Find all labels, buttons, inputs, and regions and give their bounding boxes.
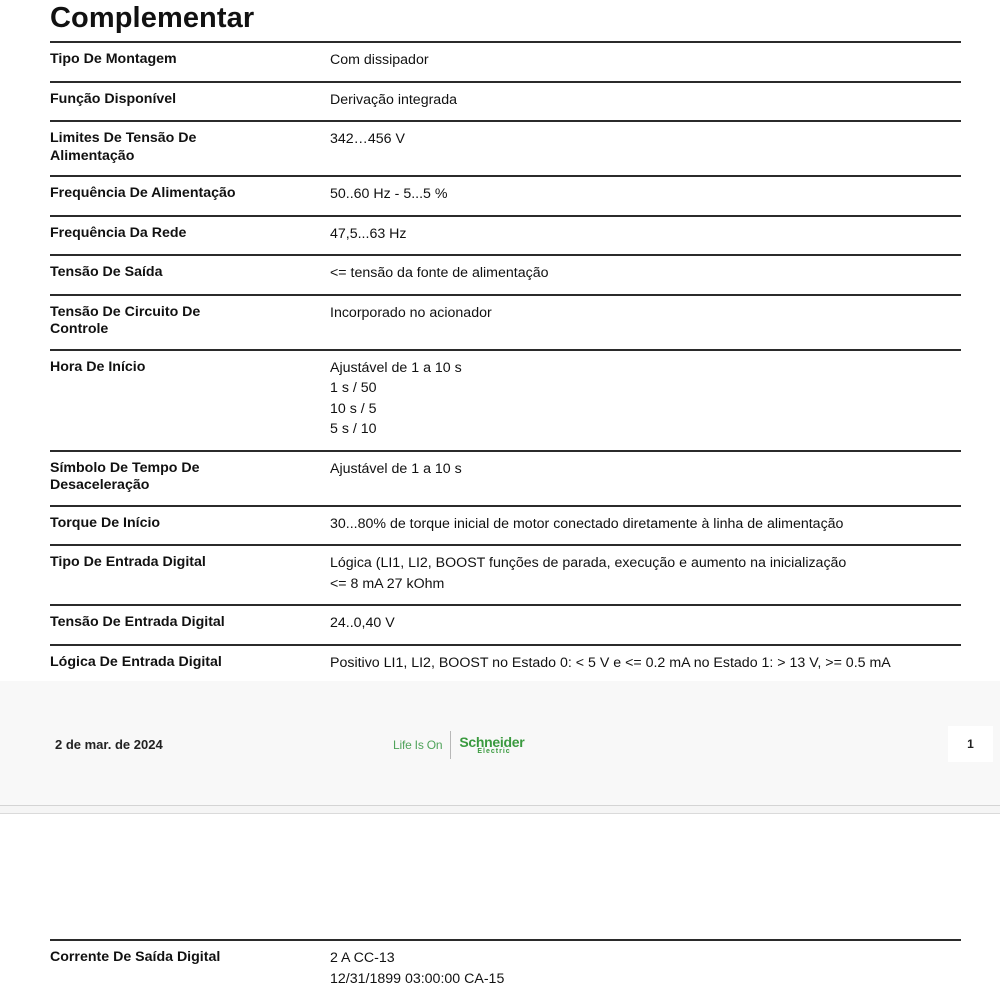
brand-logo: Life Is On Schneider Electric <box>393 729 524 761</box>
spec-value-line: Derivação integrada <box>330 90 908 111</box>
spec-label: Tensão De Saída <box>50 256 330 294</box>
spec-table-page-2: Corrente De Saída Digital2 A CC-1312/31/… <box>50 939 961 999</box>
spec-label: Símbolo De Tempo De Desaceleração <box>50 452 330 505</box>
spec-value: Positivo LI1, LI2, BOOST no Estado 0: < … <box>330 646 908 684</box>
spec-value-line: 342…456 V <box>330 129 908 150</box>
spec-row: Tipo De MontagemCom dissipador <box>50 41 961 81</box>
spec-label: Corrente De Saída Digital <box>50 941 330 999</box>
page-break <box>0 806 1000 814</box>
spec-value-line: Positivo LI1, LI2, BOOST no Estado 0: < … <box>330 653 908 674</box>
spec-value: Com dissipador <box>330 43 908 81</box>
spec-label: Tipo De Entrada Digital <box>50 546 330 604</box>
spec-label: Limites De Tensão De Alimentação <box>50 122 330 175</box>
spec-value-line: 30...80% de torque inicial de motor cone… <box>330 514 908 535</box>
spec-value-line: 24..0,40 V <box>330 613 908 634</box>
spec-value: 50..60 Hz - 5...5 % <box>330 177 908 215</box>
spec-value: Ajustável de 1 a 10 s1 s / 5010 s / 55 s… <box>330 351 908 450</box>
spec-label: Torque De Início <box>50 507 330 545</box>
spec-value: <= tensão da fonte de alimentação <box>330 256 908 294</box>
spec-value-line: 10 s / 5 <box>330 399 908 420</box>
spec-value-line: 5 s / 10 <box>330 419 908 440</box>
spec-value-line: 50..60 Hz - 5...5 % <box>330 184 908 205</box>
spec-row: Tensão De Saída<= tensão da fonte de ali… <box>50 254 961 294</box>
spec-label: Tipo De Montagem <box>50 43 330 81</box>
schneider-logo: Schneider Electric <box>459 735 524 755</box>
spec-label: Tensão De Circuito De Controle <box>50 296 330 349</box>
page-footer: 2 de mar. de 2024 Life Is On Schneider E… <box>0 681 1000 806</box>
spec-value-line: 47,5...63 Hz <box>330 224 908 245</box>
spec-row: Tipo De Entrada DigitalLógica (LI1, LI2,… <box>50 544 961 604</box>
tagline: Life Is On <box>393 738 450 752</box>
spec-label: Frequência De Alimentação <box>50 177 330 215</box>
spec-row: Função DisponívelDerivação integrada <box>50 81 961 121</box>
spec-value: Derivação integrada <box>330 83 908 121</box>
spec-value-line: Ajustável de 1 a 10 s <box>330 358 908 379</box>
spec-value-line: Lógica (LI1, LI2, BOOST funções de parad… <box>330 553 908 574</box>
spec-value: 30...80% de torque inicial de motor cone… <box>330 507 908 545</box>
spec-label: Frequência Da Rede <box>50 217 330 255</box>
spec-row: Lógica De Entrada DigitalPositivo LI1, L… <box>50 644 961 684</box>
brand-name: Schneider <box>459 735 524 749</box>
spec-value-line: Incorporado no acionador <box>330 303 908 324</box>
spec-value: Incorporado no acionador <box>330 296 908 349</box>
spec-value-line: 1 s / 50 <box>330 378 908 399</box>
page-number: 1 <box>948 726 993 762</box>
spec-value-line: Ajustável de 1 a 10 s <box>330 459 908 480</box>
spec-row: Tensão De Entrada Digital24..0,40 V <box>50 604 961 644</box>
spec-row: Frequência De Alimentação50..60 Hz - 5..… <box>50 175 961 215</box>
spec-value-line: <= 8 mA 27 kOhm <box>330 574 908 595</box>
spec-value-line: <= tensão da fonte de alimentação <box>330 263 908 284</box>
spec-label: Lógica De Entrada Digital <box>50 646 330 684</box>
spec-row: Hora De InícioAjustável de 1 a 10 s1 s /… <box>50 349 961 450</box>
spec-value-line: Com dissipador <box>330 50 908 71</box>
spec-row: Símbolo De Tempo De DesaceleraçãoAjustáv… <box>50 450 961 505</box>
spec-label: Tensão De Entrada Digital <box>50 606 330 644</box>
brand-sub: Electric <box>477 748 524 755</box>
spec-label: Função Disponível <box>50 83 330 121</box>
spec-value-line: 2 A CC-13 <box>330 948 908 969</box>
spec-value: 2 A CC-1312/31/1899 03:00:00 CA-15 <box>330 941 908 999</box>
footer-date: 2 de mar. de 2024 <box>55 737 165 753</box>
spec-row: Frequência Da Rede47,5...63 Hz <box>50 215 961 255</box>
section-title: Complementar <box>50 2 254 35</box>
spec-label: Hora De Início <box>50 351 330 450</box>
spec-value: 47,5...63 Hz <box>330 217 908 255</box>
spec-value: Lógica (LI1, LI2, BOOST funções de parad… <box>330 546 908 604</box>
spec-value: Ajustável de 1 a 10 s <box>330 452 908 505</box>
spec-row: Tensão De Circuito De ControleIncorporad… <box>50 294 961 349</box>
spec-value: 342…456 V <box>330 122 908 175</box>
spec-row: Torque De Início30...80% de torque inici… <box>50 505 961 545</box>
spec-table: Tipo De MontagemCom dissipadorFunção Dis… <box>50 41 961 683</box>
spec-value: 24..0,40 V <box>330 606 908 644</box>
spec-row: Corrente De Saída Digital2 A CC-1312/31/… <box>50 939 961 999</box>
spec-value-line: 12/31/1899 03:00:00 CA-15 <box>330 969 908 990</box>
logo-divider <box>450 731 451 759</box>
spec-row: Limites De Tensão De Alimentação342…456 … <box>50 120 961 175</box>
